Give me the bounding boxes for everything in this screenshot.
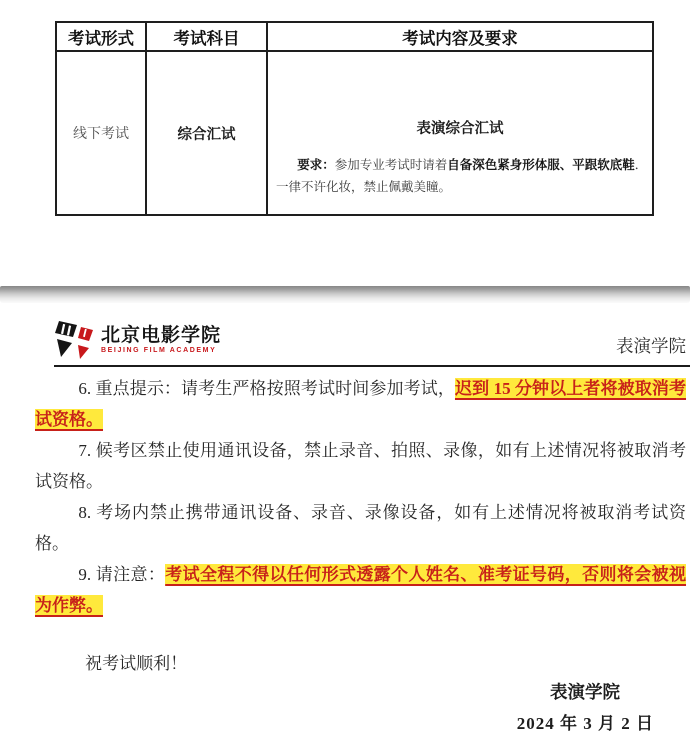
req-bold-text: 自备深色紧身形体服、平跟软底鞋 — [447, 158, 635, 172]
page-separator — [0, 286, 690, 303]
cell-exam-format: 线下考试 — [56, 51, 146, 215]
header-exam-content: 考试内容及要求 — [267, 22, 653, 51]
notice-item-9: 9. 请注意：考试全程不得以任何形式透露个人姓名、准考证号码，否则将会被视为作弊… — [35, 559, 686, 621]
header-rule — [54, 365, 690, 367]
content-title: 表演综合汇试 — [268, 117, 652, 138]
item-6-text: 重点提示：请考生严格按照考试时间参加考试， — [91, 379, 455, 398]
cell-exam-subject: 综合汇试 — [146, 51, 267, 215]
department-name: 表演学院 — [616, 333, 686, 360]
item-8-number: 8. — [78, 503, 91, 522]
item-7-text: 候考区禁止使用通讯设备，禁止录音、拍照、录像，如有上述情况将被取消考试资格。 — [35, 441, 686, 491]
notice-item-8: 8. 考场内禁止携带通讯设备、录音、录像设备，如有上述情况将被取消考试资格。 — [35, 497, 686, 559]
content-requirements: 要求：参加专业考试时请着自备深色紧身形体服、平跟软底鞋．一律不许化妆，禁止佩戴美… — [276, 154, 648, 198]
req-line2: 一律不许化妆，禁止佩戴美瞳。 — [276, 176, 648, 198]
req-label: 要求： — [297, 158, 335, 172]
req-text: 参加专业考试时请着 — [335, 158, 448, 172]
scanned-exam-notice: 考试形式 考试科目 考试内容及要求 线下考试 综合汇试 表演综合汇试 要求：参加… — [0, 0, 690, 738]
item-9-text: 请注意： — [91, 565, 165, 584]
item-6-number: 6. — [78, 379, 91, 398]
notice-body: 6. 重点提示：请考生严格按照考试时间参加考试，迟到 15 分钟以上者将被取消考… — [35, 373, 686, 679]
notice-item-6: 6. 重点提示：请考生严格按照考试时间参加考试，迟到 15 分钟以上者将被取消考… — [35, 373, 686, 435]
logo-title-en: BEIJING FILM ACADEMY — [101, 346, 221, 355]
cell-exam-content: 表演综合汇试 要求：参加专业考试时请着自备深色紧身形体服、平跟软底鞋．一律不许化… — [267, 51, 653, 215]
bfa-logo-icon — [55, 320, 95, 360]
header-exam-subject: 考试科目 — [146, 22, 267, 51]
signature-date: 2024 年 3 月 2 日 — [517, 709, 654, 734]
signature-department: 表演学院 — [550, 679, 620, 704]
bfa-logo: 北京电影学院 BEIJING FILM ACADEMY — [55, 320, 221, 360]
req-tail: ． — [635, 158, 648, 172]
item-7-number: 7. — [78, 441, 91, 460]
notice-item-7: 7. 候考区禁止使用通讯设备，禁止录音、拍照、录像，如有上述情况将被取消考试资格… — [35, 435, 686, 497]
exam-info-table: 考试形式 考试科目 考试内容及要求 线下考试 综合汇试 表演综合汇试 要求：参加… — [55, 21, 654, 216]
item-8-text: 考场内禁止携带通讯设备、录音、录像设备，如有上述情况将被取消考试资格。 — [35, 503, 686, 553]
table-row: 线下考试 综合汇试 表演综合汇试 要求：参加专业考试时请着自备深色紧身形体服、平… — [56, 51, 653, 215]
header-exam-format: 考试形式 — [56, 22, 146, 51]
table-header-row: 考试形式 考试科目 考试内容及要求 — [56, 22, 653, 51]
page2-header: 北京电影学院 BEIJING FILM ACADEMY 表演学院 — [0, 320, 690, 367]
closing-wish: 祝考试顺利！ — [35, 648, 686, 679]
logo-title-cn: 北京电影学院 — [101, 326, 221, 346]
item-9-number: 9. — [78, 565, 91, 584]
